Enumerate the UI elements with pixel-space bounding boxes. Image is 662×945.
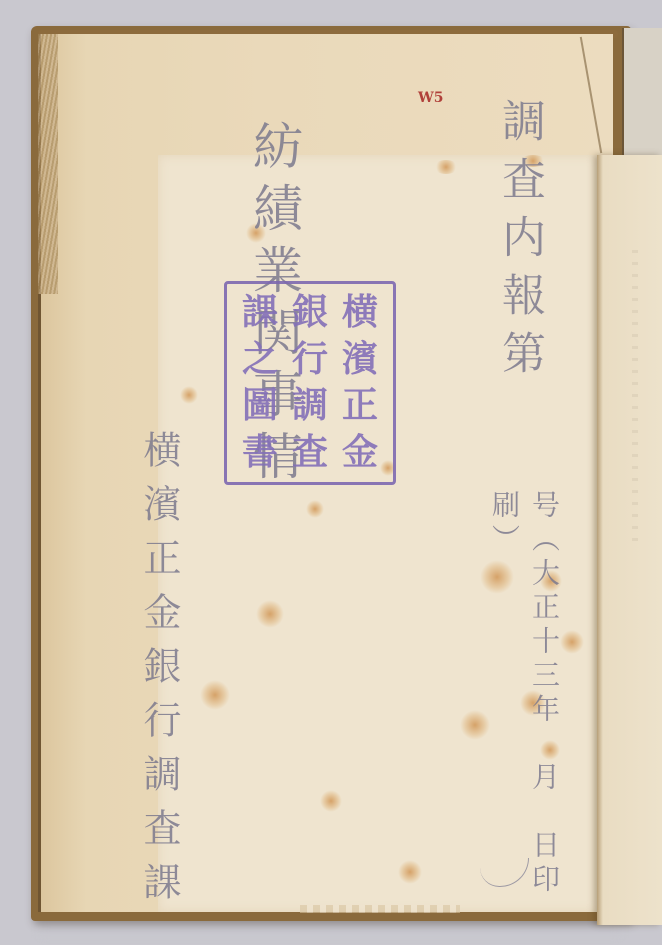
- foxing-stain: [320, 790, 342, 812]
- stamp-char: 之: [235, 337, 285, 384]
- foxing-stain: [398, 860, 422, 884]
- foxing-stain: [256, 600, 284, 628]
- library-seal-stamp: 横 濱 正 金 銀 行 調 査 課 之 圖 書: [224, 281, 396, 485]
- stamp-char: 正: [335, 383, 385, 430]
- foxing-stain: [306, 500, 324, 518]
- foxing-stain: [434, 160, 458, 174]
- stamp-char: 圖: [235, 383, 285, 430]
- stamp-char: 査: [285, 430, 335, 477]
- spine-wear: [38, 34, 58, 294]
- bottom-torn-edge: [300, 905, 460, 913]
- stamp-char: 調: [285, 383, 335, 430]
- stamp-char: 課: [235, 290, 285, 337]
- stamp-char: 横: [335, 290, 385, 337]
- stamp-char: 銀: [285, 290, 335, 337]
- torn-right-tab: [622, 28, 662, 155]
- next-page-edge: [597, 155, 662, 925]
- stamp-char: 書: [235, 430, 285, 477]
- bleed-through-text: [632, 250, 638, 550]
- stamp-char: 濱: [335, 337, 385, 384]
- shelf-mark: W5: [418, 90, 443, 106]
- handwritten-series-title: 調査内報第: [487, 98, 551, 388]
- stamp-char: 行: [285, 337, 335, 384]
- stamp-char: 金: [335, 430, 385, 477]
- foxing-stain: [200, 680, 230, 710]
- handwritten-publisher: 横濱正金銀行調査課: [132, 430, 187, 916]
- foxing-stain: [180, 386, 198, 404]
